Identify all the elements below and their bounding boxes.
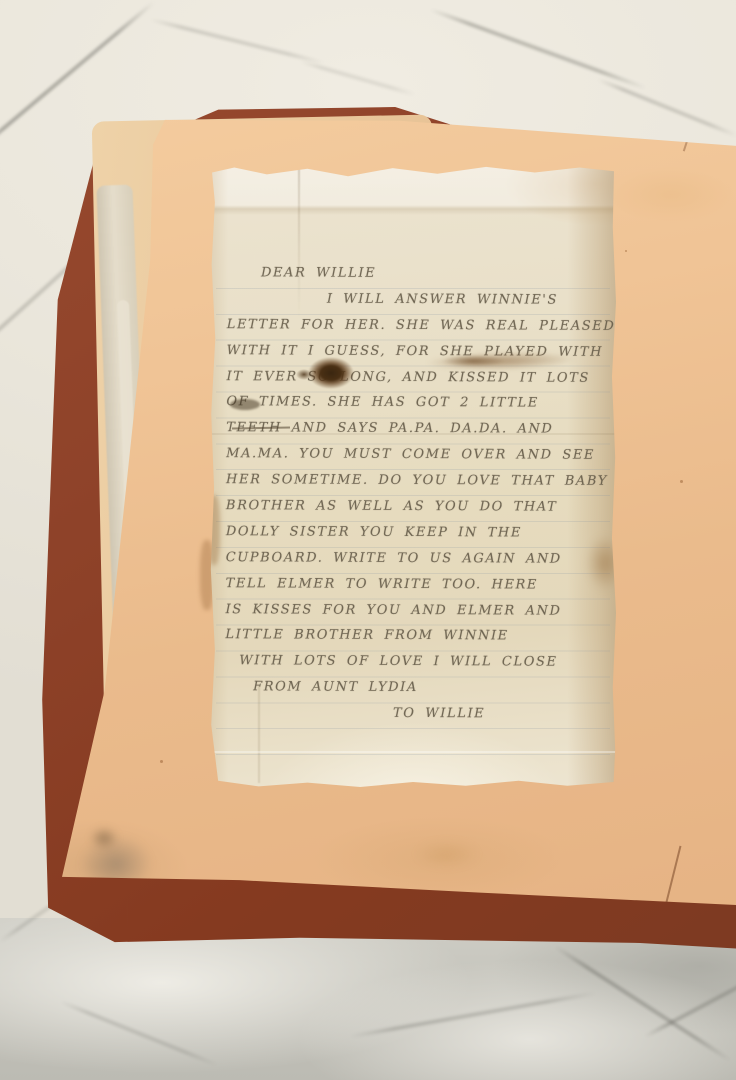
letter-line: WITH LOTS OF LOVE I WILL CLOSE [239, 649, 605, 676]
marble-vein [597, 78, 736, 137]
letter-line: MA.MA. YOU MUST COME OVER AND SEE [226, 441, 606, 469]
letter-line: CUPBOARD. WRITE TO US AGAIN AND [226, 545, 606, 573]
letter-line: OF TIMES. SHE HAS GOT 2 LITTLE [226, 390, 606, 418]
letter-stain-ink-blot [308, 357, 354, 389]
letter-line: LITTLE BROTHER FROM WINNIE [225, 623, 605, 651]
letter-scribble-mark [230, 399, 260, 410]
letter-paper: DEAR WILLIE I WILL ANSWER WINNIE'S LETTE… [210, 165, 616, 787]
letter-line: TEETH AND SAYS PA.PA. DA.DA. AND [226, 416, 606, 444]
page-stain-brown [90, 827, 118, 849]
marble-vein [150, 18, 325, 64]
letter-line: TELL ELMER TO WRITE TOO. HERE [226, 571, 606, 599]
letter-line: LETTER FOR HER. SHE WAS REAL PLEASED [227, 312, 607, 340]
letter-line: IT EVER SO LONG, AND KISSED IT LOTS [226, 364, 606, 392]
page-stain-bottom [415, 840, 479, 868]
marble-vein [300, 60, 416, 96]
letter-line: I WILL ANSWER WINNIE'S [327, 286, 607, 313]
letter-crease-horizontal [210, 751, 616, 753]
letter-line: DEAR WILLIE [261, 260, 607, 287]
letter-stain-smear-core [442, 355, 504, 367]
letter-stain-ink-dot [296, 369, 312, 380]
letter-line: FROM AUNT LYDIA [253, 675, 605, 702]
letter-text: DEAR WILLIE I WILL ANSWER WINNIE'S LETTE… [225, 260, 607, 728]
letter-line: HER SOMETIME. DO YOU LOVE THAT BABY [226, 467, 606, 495]
page-crack-top [683, 119, 695, 152]
page-crack-bottom [665, 846, 682, 907]
letter-line: DOLLY SISTER YOU KEEP IN THE [226, 519, 606, 547]
page-speck [680, 480, 683, 483]
page-speck [625, 250, 627, 252]
page-speck [160, 760, 163, 763]
letter-line: TO WILLIE [393, 701, 605, 728]
letter-line: IS KISSES FOR YOU AND ELMER AND [225, 597, 605, 625]
photo-of-album-on-marble: DEAR WILLIE I WILL ANSWER WINNIE'S LETTE… [0, 0, 736, 1080]
letter-line: BROTHER AS WELL AS YOU DO THAT [226, 493, 606, 521]
marble-vein [429, 8, 646, 89]
